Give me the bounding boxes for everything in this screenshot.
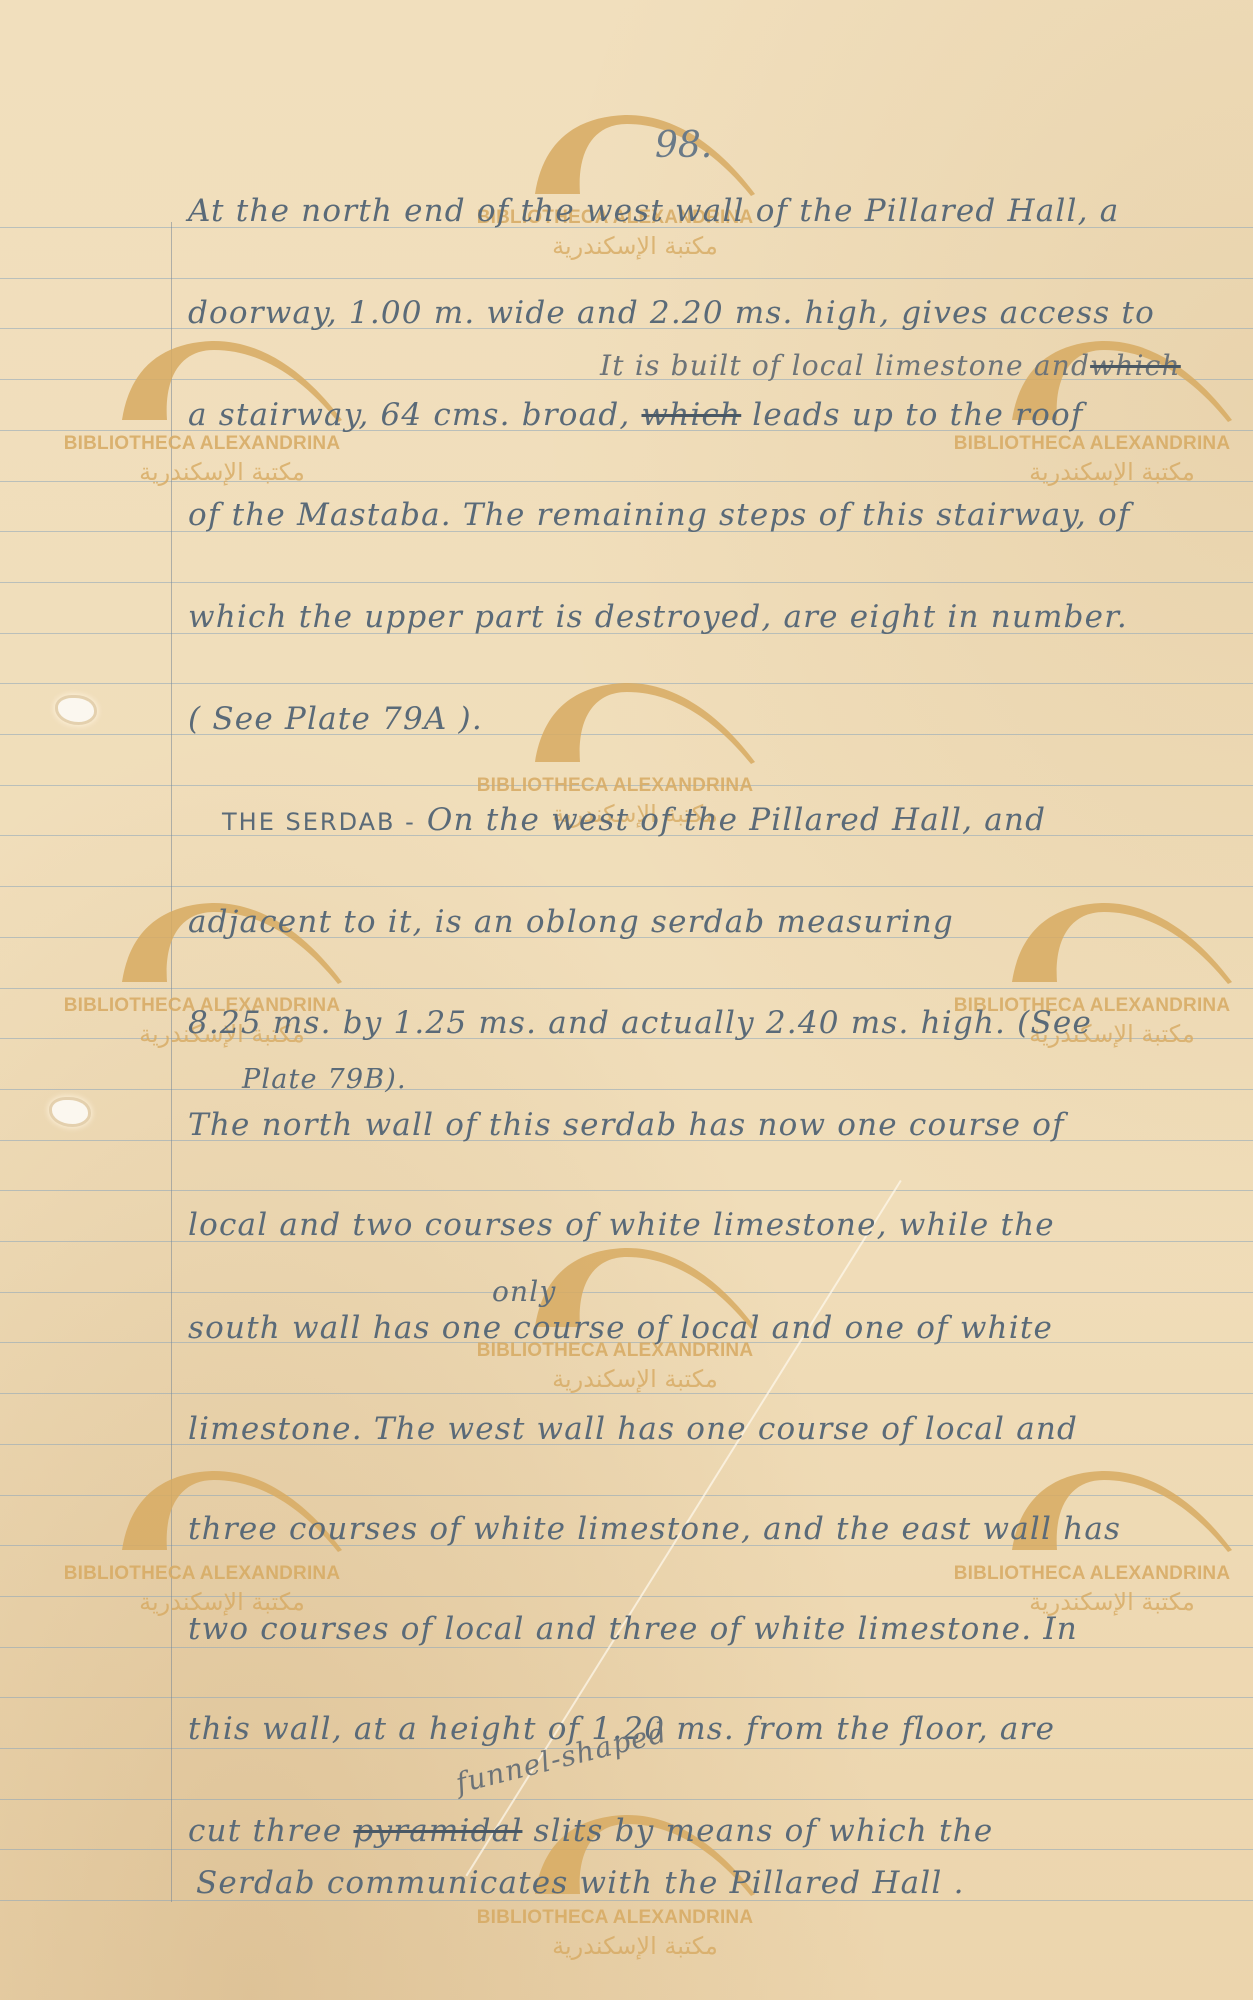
text-line: Plate 79B). — [242, 1066, 407, 1093]
text-line: which the upper part is destroyed, are e… — [188, 602, 1128, 633]
section-heading: THE SERDAB - — [222, 808, 416, 836]
watermark-label-en: BIBLIOTHECA ALEXANDRINA — [52, 1563, 352, 1585]
punch-hole — [52, 1100, 88, 1124]
ruled-line — [0, 1190, 1253, 1191]
watermark-label-en: BIBLIOTHECA ALEXANDRINA — [465, 1907, 765, 1929]
text-line: two courses of local and three of white … — [188, 1614, 1078, 1645]
watermark-arch-icon — [465, 680, 785, 780]
watermark-label-ar: مكتبة الإسكندرية — [1002, 458, 1222, 486]
struck-word: pyramidal — [353, 1813, 522, 1849]
text-line: ( See Plate 79A ). — [188, 704, 483, 735]
text-line: south wall has one course of local and o… — [188, 1313, 1053, 1344]
watermark-label-en: BIBLIOTHECA ALEXANDRINA — [942, 433, 1242, 455]
watermark-arch-icon — [942, 900, 1253, 1000]
text-line: At the north end of the west wall of the… — [188, 196, 1119, 227]
margin-line — [171, 222, 172, 1902]
ruled-line — [0, 1495, 1253, 1496]
ruled-line — [0, 988, 1253, 989]
ruled-line — [0, 1393, 1253, 1394]
text-line: adjacent to it, is an oblong serdab meas… — [188, 907, 954, 938]
struck-word: which — [641, 397, 741, 433]
struck-word: which — [1090, 349, 1181, 382]
text-line: three courses of white limestone, and th… — [188, 1514, 1121, 1545]
line-part: a stairway, 64 cms. broad, — [188, 397, 630, 433]
watermark: BIBLIOTHECA ALEXANDRINAمكتبة الإسكندرية — [465, 112, 785, 272]
punch-hole — [58, 698, 94, 722]
ruled-line — [0, 582, 1253, 583]
text-line: doorway, 1.00 m. wide and 2.20 ms. high,… — [188, 298, 1155, 329]
watermark-label-en: BIBLIOTHECA ALEXANDRINA — [52, 433, 352, 455]
ruled-line — [0, 1697, 1253, 1698]
watermark-label-ar: مكتبة الإسكندرية — [112, 458, 332, 486]
line-part: leads up to the roof — [752, 397, 1083, 433]
text-line: The north wall of this serdab has now on… — [188, 1110, 1065, 1141]
ruled-line — [0, 1849, 1253, 1850]
text-line: cut three pyramidal slits by means of wh… — [188, 1816, 993, 1847]
text-line: a stairway, 64 cms. broad, which leads u… — [188, 400, 1084, 431]
line-part: On the west of the Pillared Hall, and — [427, 802, 1046, 838]
line-part: slits by means of which the — [534, 1813, 994, 1849]
watermark-label-en: BIBLIOTHECA ALEXANDRINA — [942, 1563, 1242, 1585]
ruled-line — [0, 1089, 1253, 1090]
text-line: Serdab communicates with the Pillared Ha… — [196, 1868, 965, 1899]
insert-prefix: It — [600, 349, 625, 382]
text-line: local and two courses of white limestone… — [188, 1210, 1055, 1241]
text-line: of the Mastaba. The remaining steps of t… — [188, 500, 1131, 531]
ruled-line — [0, 683, 1253, 684]
watermark-label-ar: مكتبة الإسكندرية — [525, 1365, 745, 1393]
inserted-text: It is built of local limestone andwhich — [600, 352, 1181, 380]
watermark: BIBLIOTHECA ALEXANDRINAمكتبة الإسكندرية — [942, 1468, 1253, 1628]
ruled-line — [0, 1596, 1253, 1597]
text-line: limestone. The west wall has one course … — [188, 1414, 1078, 1445]
ruled-line — [0, 785, 1253, 786]
ruled-line — [0, 1799, 1253, 1800]
watermark-label-en: BIBLIOTHECA ALEXANDRINA — [465, 775, 765, 797]
ruled-line — [0, 1292, 1253, 1293]
watermark-label-ar: مكتبة الإسكندرية — [525, 232, 745, 260]
page-number: 98. — [655, 125, 712, 166]
watermark-label-ar: مكتبة الإسكندرية — [525, 1932, 745, 1960]
ruled-line — [0, 886, 1253, 887]
ruled-line — [0, 481, 1253, 482]
text-line: 8.25 ms. by 1.25 ms. and actually 2.40 m… — [188, 1008, 1092, 1039]
insert-body: is built of local limestone and — [635, 349, 1090, 382]
watermark: BIBLIOTHECA ALEXANDRINAمكتبة الإسكندرية — [52, 1468, 372, 1628]
ruled-line — [0, 278, 1253, 279]
inserted-text: only — [492, 1278, 556, 1306]
text-line: THE SERDAB - On the west of the Pillared… — [222, 805, 1046, 836]
line-part: cut three — [188, 1813, 342, 1849]
